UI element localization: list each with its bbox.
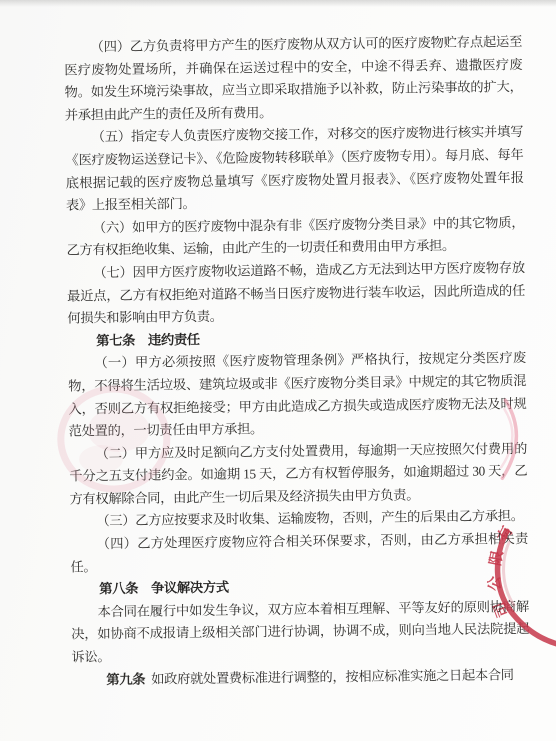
clause-6-4-paragraph: （四）乙方负责将甲方产生的医疗废物从双方认可的医疗废物贮存点起运至医疗废物处置场…: [64, 31, 523, 127]
clause-7-2-paragraph: （二）甲方应及时足额向乙方支付处置费用，每逾期一天应按照欠付费用的千分之五支付违…: [69, 438, 528, 511]
scan-edge-shadow: [0, 0, 556, 7]
contract-text-block: （四）乙方负责将甲方产生的医疗废物从双方认可的医疗废物贮存点起运至医疗废物处置场…: [64, 31, 530, 692]
article-9-text: 如政府就处置费标准进行调整的，按相应标准实施之日起本合同: [151, 667, 514, 686]
clause-6-5-paragraph: （五）指定专人负责医疗废物交接工作，对移交的医疗废物进行核实并填写《医疗废物运送…: [65, 121, 524, 217]
page-content: 有 限 公 司 （四）乙方负责将甲方产生的医疗废物从双方认可的医疗废物贮存点起运…: [0, 0, 556, 741]
clause-6-7-paragraph: （七）因甲方医疗废物收运道路不畅，造成乙方无法到达甲方医疗废物存放最近点，乙方有…: [67, 257, 526, 330]
article-8-body-paragraph: 本合同在履行中如发生争议，双方应本着相互理解、平等友好的原则协商解决，如协商不成…: [71, 596, 530, 669]
clause-7-4-paragraph: （四）乙方处理医疗废物应符合相关环保要求，否则，由乙方承担相关责任。: [70, 528, 529, 579]
clause-6-6-paragraph: （六）如甲方的医疗废物中混杂有非《医疗废物分类目录》中的其它物质，乙方有权拒绝收…: [66, 212, 525, 263]
article-9-term: 第九条: [106, 671, 145, 686]
scanned-document-page: 有 限 公 司 （四）乙方负责将甲方产生的医疗废物从双方认可的医疗废物贮存点起运…: [0, 0, 556, 741]
article-9-paragraph: 第九条如政府就处置费标准进行调整的，按相应标准实施之日起本合同: [72, 664, 530, 692]
clause-7-1-paragraph: （一）甲方必须按照《医疗废物管理条例》严格执行，按规定分类医疗废物，不得将生活垃…: [68, 347, 527, 443]
